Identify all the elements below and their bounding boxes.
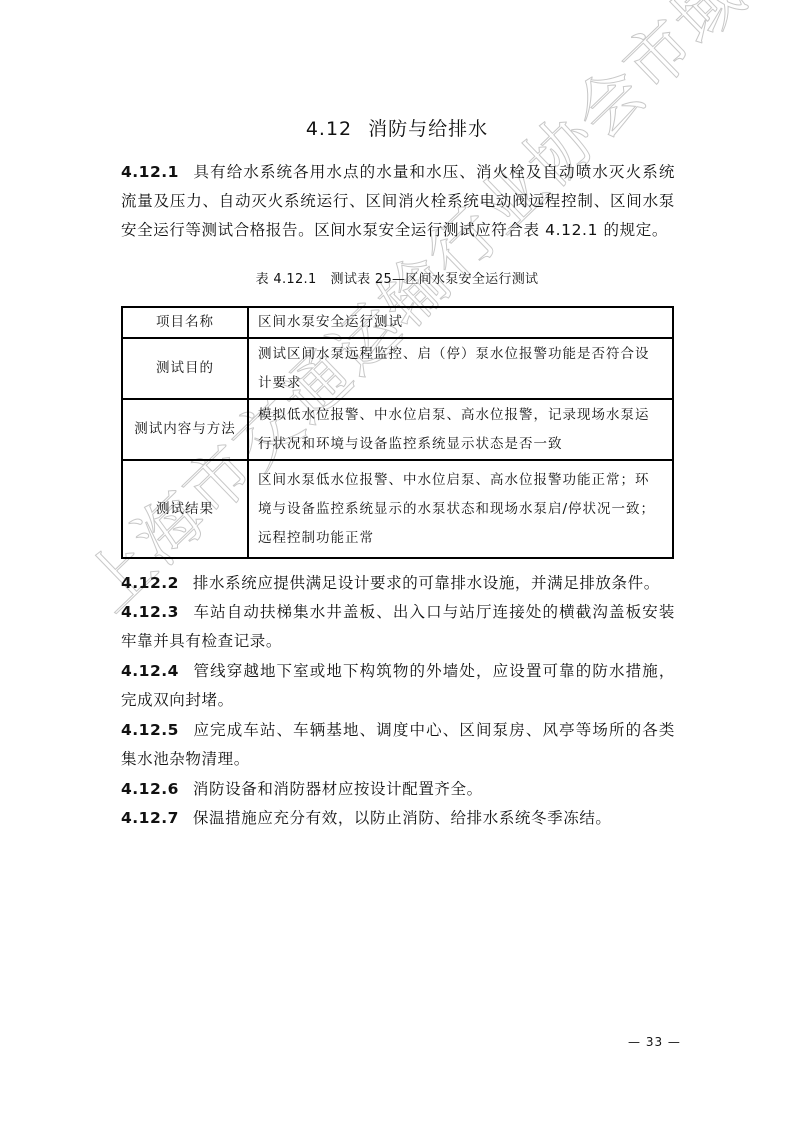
table-row: 测试结果 区间水泵低水位报警、中水位启泵、高水位报警功能正常；环境与设备监控系统… bbox=[122, 460, 673, 558]
table-caption: 表 4.12.1测试表 25—区间水泵安全运行测试 bbox=[0, 268, 794, 287]
table-caption-title: 测试表 25—区间水泵安全运行测试 bbox=[331, 272, 539, 287]
row-value: 测试区间水泵远程监控、启（停）泵水位报警功能是否符合设计要求 bbox=[248, 338, 673, 399]
clause-text: 管线穿越地下室或地下构筑物的外墙处，应设置可靠的防水措施，完成双向封堵。 bbox=[121, 662, 675, 709]
row-value: 区间水泵安全运行测试 bbox=[248, 307, 673, 338]
clause-text: 消防设备和消防器材应按设计配置齐全。 bbox=[193, 780, 483, 798]
clause-number: 4.12.1 bbox=[121, 163, 179, 181]
section-title: 消防与给排水 bbox=[368, 118, 488, 140]
page-number: — 33 — bbox=[628, 1035, 681, 1049]
clause-number: 4.12.7 bbox=[121, 809, 179, 827]
table-row: 测试目的 测试区间水泵远程监控、启（停）泵水位报警功能是否符合设计要求 bbox=[122, 338, 673, 399]
clause-number: 4.12.5 bbox=[121, 721, 179, 739]
clause-number: 4.12.4 bbox=[121, 662, 179, 680]
clause-text: 车站自动扶梯集水井盖板、出入口与站厅连接处的横截沟盖板安装牢靠并具有检查记录。 bbox=[121, 603, 675, 650]
section-number: 4.12 bbox=[306, 118, 352, 140]
clause-number: 4.12.6 bbox=[121, 780, 179, 798]
row-label: 测试内容与方法 bbox=[122, 399, 248, 460]
clause-text: 具有给水系统各用水点的水量和水压、消火栓及自动喷水灭火系统流量及压力、自动灭火系… bbox=[121, 163, 675, 239]
table-row: 项目名称 区间水泵安全运行测试 bbox=[122, 307, 673, 338]
document-page: 上海市交通运输行业协会市域铁路分会 4.12消防与给排水 4.12.1具有给水系… bbox=[0, 0, 794, 1123]
clause-text: 应完成车站、车辆基地、调度中心、区间泵房、风亭等场所的各类集水池杂物清理。 bbox=[121, 721, 675, 768]
clause-4-12-1: 4.12.1具有给水系统各用水点的水量和水压、消火栓及自动喷水灭火系统流量及压力… bbox=[121, 158, 675, 245]
clause-4-12-6: 4.12.6消防设备和消防器材应按设计配置齐全。 bbox=[121, 775, 675, 804]
pump-test-table: 项目名称 区间水泵安全运行测试 测试目的 测试区间水泵远程监控、启（停）泵水位报… bbox=[121, 306, 674, 559]
clause-number: 4.12.2 bbox=[121, 574, 179, 592]
clause-4-12-5: 4.12.5应完成车站、车辆基地、调度中心、区间泵房、风亭等场所的各类集水池杂物… bbox=[121, 716, 675, 774]
row-value: 模拟低水位报警、中水位启泵、高水位报警，记录现场水泵运行状况和环境与设备监控系统… bbox=[248, 399, 673, 460]
clause-text: 排水系统应提供满足设计要求的可靠排水设施，并满足排放条件。 bbox=[193, 574, 660, 592]
clause-number: 4.12.3 bbox=[121, 603, 179, 621]
section-heading: 4.12消防与给排水 bbox=[0, 114, 794, 141]
row-label: 测试目的 bbox=[122, 338, 248, 399]
table-caption-number: 表 4.12.1 bbox=[256, 272, 317, 287]
table-row: 测试内容与方法 模拟低水位报警、中水位启泵、高水位报警，记录现场水泵运行状况和环… bbox=[122, 399, 673, 460]
row-label: 测试结果 bbox=[122, 460, 248, 558]
row-value: 区间水泵低水位报警、中水位启泵、高水位报警功能正常；环境与设备监控系统显示的水泵… bbox=[248, 460, 673, 558]
clause-4-12-4: 4.12.4管线穿越地下室或地下构筑物的外墙处，应设置可靠的防水措施，完成双向封… bbox=[121, 657, 675, 715]
clause-text: 保温措施应充分有效，以防止消防、给排水系统冬季冻结。 bbox=[193, 809, 612, 827]
clause-4-12-3: 4.12.3车站自动扶梯集水井盖板、出入口与站厅连接处的横截沟盖板安装牢靠并具有… bbox=[121, 598, 675, 656]
clause-4-12-2: 4.12.2排水系统应提供满足设计要求的可靠排水设施，并满足排放条件。 bbox=[121, 569, 675, 598]
row-label: 项目名称 bbox=[122, 307, 248, 338]
clause-4-12-7: 4.12.7保温措施应充分有效，以防止消防、给排水系统冬季冻结。 bbox=[121, 804, 675, 833]
